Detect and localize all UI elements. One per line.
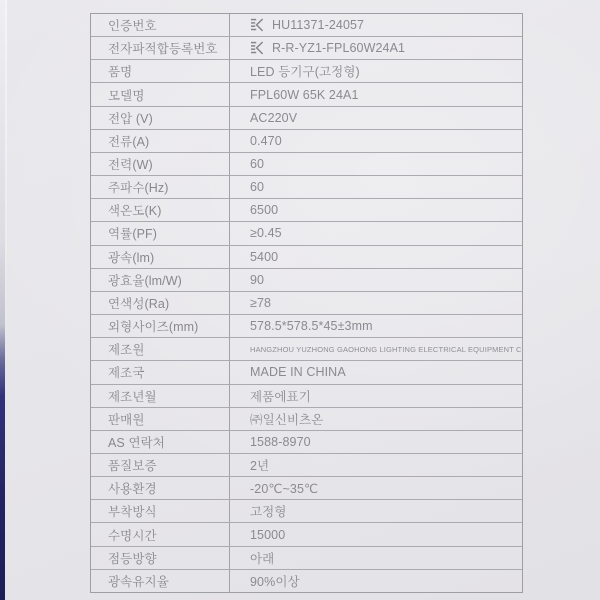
- row-value: 1588-8970: [230, 431, 522, 453]
- table-row: 제조년월 제품에표기: [91, 385, 522, 408]
- row-label: 품명: [91, 60, 230, 82]
- row-label: 연색성(Ra): [91, 292, 230, 314]
- table-row: 색온도(K) 6500: [91, 199, 522, 222]
- row-label: 전압 (V): [91, 107, 230, 129]
- row-value-text: 0.470: [250, 134, 282, 148]
- row-value: AC220V: [230, 107, 522, 129]
- row-value-text: 90%이상: [250, 572, 300, 590]
- row-label: 제조년월: [91, 385, 230, 407]
- row-value: 5400: [230, 246, 522, 268]
- row-value-text: 15000: [250, 528, 285, 542]
- row-value: MADE IN CHINA: [230, 361, 522, 383]
- table-row: 판매원 ㈜일신비츠온: [91, 408, 522, 431]
- table-row: 수명시간 15000: [91, 523, 522, 546]
- row-value: ≥0.45: [230, 222, 522, 244]
- row-value-text: 6500: [250, 203, 278, 217]
- row-label: 사용환경: [91, 477, 230, 499]
- row-label: 전류(A): [91, 130, 230, 152]
- row-value-text: 고정형: [250, 502, 287, 520]
- spec-table: 인증번호 HU11371-24057 전자파적합등록번호: [90, 13, 523, 593]
- row-label: 점등방향: [91, 547, 230, 569]
- row-value: 6500: [230, 199, 522, 221]
- row-value: ㈜일신비츠온: [230, 408, 522, 430]
- row-label: 모델명: [91, 83, 230, 105]
- table-row: 전류(A) 0.470: [91, 130, 522, 153]
- row-label: 역률(PF): [91, 222, 230, 244]
- row-value-text: -20℃~35℃: [250, 481, 318, 496]
- row-value-text: MADE IN CHINA: [250, 365, 346, 379]
- table-row: 인증번호 HU11371-24057: [91, 14, 522, 37]
- table-row: 광속(lm) 5400: [91, 246, 522, 269]
- row-label: 외형사이즈(mm): [91, 315, 230, 337]
- row-value-text: ≥0.45: [250, 226, 282, 240]
- row-value: 아래: [230, 547, 522, 569]
- row-label: 제조원: [91, 338, 230, 360]
- row-value-text: 60: [250, 180, 264, 194]
- row-label: 전자파적합등록번호: [91, 37, 230, 59]
- table-row: 외형사이즈(mm) 578.5*578.5*45±3mm: [91, 315, 522, 338]
- row-value-text: HANGZHOU YUZHONG GAOHONG LIGHTING ELECTR…: [250, 345, 522, 354]
- table-row: 역률(PF) ≥0.45: [91, 222, 522, 245]
- row-label: 전력(W): [91, 153, 230, 175]
- row-value-text: HU11371-24057: [272, 18, 364, 32]
- row-label: 광속유지율: [91, 570, 230, 592]
- row-label: 색온도(K): [91, 199, 230, 221]
- table-row: 제조원 HANGZHOU YUZHONG GAOHONG LIGHTING EL…: [91, 338, 522, 361]
- row-value: 15000: [230, 523, 522, 545]
- row-value-text: ≥78: [250, 296, 271, 310]
- table-row: AS 연락처 1588-8970: [91, 431, 522, 454]
- table-row: 전력(W) 60: [91, 153, 522, 176]
- row-value-text: FPL60W 65K 24A1: [250, 88, 359, 102]
- table-row: 광효율(lm/W) 90: [91, 269, 522, 292]
- row-value-text: 5400: [250, 250, 278, 264]
- row-label: 부착방식: [91, 500, 230, 522]
- kc-certification-mark-icon: [250, 18, 264, 32]
- row-label: AS 연락처: [91, 431, 230, 453]
- table-row: 사용환경 -20℃~35℃: [91, 477, 522, 500]
- table-row: 부착방식 고정형: [91, 500, 522, 523]
- row-value-text: R-R-YZ1-FPL60W24A1: [272, 41, 405, 55]
- row-value-text: 578.5*578.5*45±3mm: [250, 319, 373, 333]
- row-value: FPL60W 65K 24A1: [230, 83, 522, 105]
- label-photo: 인증번호 HU11371-24057 전자파적합등록번호: [0, 0, 600, 600]
- row-value-text: 2년: [250, 456, 269, 474]
- row-value: 제품에표기: [230, 385, 522, 407]
- row-label: 제조국: [91, 361, 230, 383]
- table-row: 주파수(Hz) 60: [91, 176, 522, 199]
- row-value: LED 등기구(고정형): [230, 60, 522, 82]
- row-value-text: 1588-8970: [250, 435, 311, 449]
- row-value-text: 60: [250, 157, 264, 171]
- row-value-text: 90: [250, 273, 264, 287]
- row-label: 광효율(lm/W): [91, 269, 230, 291]
- row-value: 90: [230, 269, 522, 291]
- row-value: R-R-YZ1-FPL60W24A1: [230, 37, 522, 59]
- row-label: 광속(lm): [91, 246, 230, 268]
- table-row: 제조국 MADE IN CHINA: [91, 361, 522, 384]
- box-edge-highlight: [5, 0, 7, 372]
- table-row: 점등방향 아래: [91, 547, 522, 570]
- row-value: HANGZHOU YUZHONG GAOHONG LIGHTING ELECTR…: [230, 338, 522, 360]
- row-value-text: AC220V: [250, 111, 297, 125]
- row-value: HU11371-24057: [230, 14, 522, 36]
- row-label: 판매원: [91, 408, 230, 430]
- row-label: 품질보증: [91, 454, 230, 476]
- row-value: 578.5*578.5*45±3mm: [230, 315, 522, 337]
- row-value: 고정형: [230, 500, 522, 522]
- row-label: 인증번호: [91, 14, 230, 36]
- table-row: 품명 LED 등기구(고정형): [91, 60, 522, 83]
- row-value: 60: [230, 176, 522, 198]
- table-row: 연색성(Ra) ≥78: [91, 292, 522, 315]
- table-row: 모델명 FPL60W 65K 24A1: [91, 83, 522, 106]
- row-value-text: 아래: [250, 549, 274, 567]
- row-value: 60: [230, 153, 522, 175]
- row-label: 주파수(Hz): [91, 176, 230, 198]
- table-row: 광속유지율 90%이상: [91, 570, 522, 592]
- row-value-text: ㈜일신비츠온: [250, 410, 323, 428]
- row-value-text: LED 등기구(고정형): [250, 62, 360, 80]
- table-row: 전자파적합등록번호 R-R-YZ1-FPL60W24A1: [91, 37, 522, 60]
- row-value: ≥78: [230, 292, 522, 314]
- row-value: 90%이상: [230, 570, 522, 592]
- row-value: -20℃~35℃: [230, 477, 522, 499]
- row-value: 2년: [230, 454, 522, 476]
- row-label: 수명시간: [91, 523, 230, 545]
- table-row: 품질보증 2년: [91, 454, 522, 477]
- table-row: 전압 (V) AC220V: [91, 107, 522, 130]
- row-value: 0.470: [230, 130, 522, 152]
- row-value-text: 제품에표기: [250, 387, 311, 405]
- kc-certification-mark-icon: [250, 41, 264, 55]
